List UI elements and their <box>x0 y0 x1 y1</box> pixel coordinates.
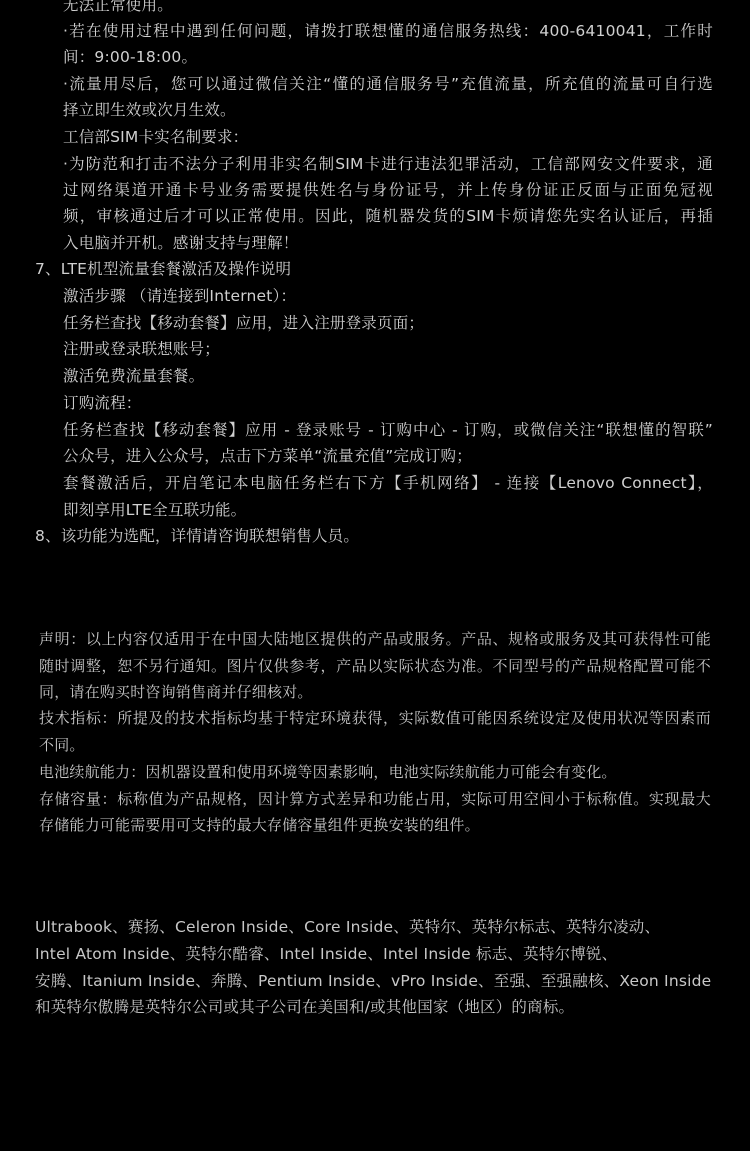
storage-line: 存储能力可能需要用可支持的最大存储容量组件更换安装的组件。 <box>39 812 480 839</box>
note-line: 过网络渠道开通卡号业务需要提供姓名与身份证号，并上传身份证正反面与正面免冠视 <box>63 177 713 204</box>
trademark-line: Ultrabook、赛扬、Celeron Inside、Core Inside、… <box>35 914 660 941</box>
item-7-line: 注册或登录联想账号； <box>63 336 220 363</box>
trademark-line: 和英特尔傲腾是英特尔公司或其子公司在美国和/或其他国家（地区）的商标。 <box>35 994 574 1021</box>
trademark-line: Intel Atom Inside、英特尔酷睿、Intel Inside、Int… <box>35 941 617 968</box>
item-7-line: 套餐激活后，开启笔记本电脑任务栏右下方【手机网络】 - 连接【Lenovo Co… <box>63 470 713 497</box>
item-7-line: 激活步骤 （请连接到Internet）： <box>63 283 296 310</box>
item-8-heading: 8、该功能为选配，详情请咨询联想销售人员。 <box>35 523 359 550</box>
note-line: 择立即生效或次月生效。 <box>63 97 236 124</box>
disclaimer-line: 声明：以上内容仅适用于在中国大陆地区提供的产品或服务。产品、规格或服务及其可获得… <box>39 626 711 653</box>
note-line: ·流量用尽后，您可以通过微信关注“懂的通信服务号”充值流量，所充值的流量可自行选 <box>63 71 713 98</box>
item-7-heading: 7、LTE机型流量套餐激活及操作说明 <box>35 256 291 283</box>
item-7-line: 任务栏查找【移动套餐】应用 - 登录账号 - 订购中心 - 订购，或微信关注“联… <box>63 417 713 444</box>
item-7-line: 公众号，进入公众号，点击下方菜单“流量充值”完成订购； <box>63 443 472 470</box>
note-line: 间：9:00-18:00。 <box>63 44 197 71</box>
note-line: 无法正常使用。 <box>63 0 173 19</box>
disclaimer-line: 随时调整，恕不另行通知。图片仅供参考，产品以实际状态为准。不同型号的产品规格配置… <box>39 653 711 680</box>
trademark-line: 安腾、Itanium Inside、奔腾、Pentium Inside、vPro… <box>35 968 711 995</box>
sim-requirement-title: 工信部SIM卡实名制要求： <box>63 124 248 151</box>
item-7-line: 即刻享用LTE全互联功能。 <box>63 497 246 524</box>
note-line: ·为防范和打击不法分子利用非实名制SIM卡进行违法犯罪活动，工信部网安文件要求，… <box>63 151 713 178</box>
note-line: 入电脑并开机。感谢支持与理解！ <box>63 230 299 257</box>
storage-line: 存储容量：标称值为产品规格，因计算方式差异和功能占用，实际可用空间小于标称值。实… <box>39 786 711 813</box>
battery-line: 电池续航能力：因机器设置和使用环境等因素影响，电池实际续航能力可能会有变化。 <box>39 759 617 786</box>
note-line: 频，审核通过后才可以正常使用。因此，随机器发货的SIM卡烦请您先实名认证后，再插 <box>63 203 713 230</box>
order-process-title: 订购流程： <box>63 390 142 417</box>
tech-spec-line: 不同。 <box>39 732 85 759</box>
item-7-line: 激活免费流量套餐。 <box>63 363 204 390</box>
item-7-line: 任务栏查找【移动套餐】应用，进入注册登录页面； <box>63 310 424 337</box>
note-hotline-line: ·若在使用过程中遇到任何问题，请拨打联想懂的通信服务热线：400-6410041… <box>63 18 713 45</box>
tech-spec-line: 技术指标：所提及的技术指标均基于特定环境获得，实际数值可能因系统设定及使用状况等… <box>39 705 711 732</box>
disclaimer-line: 同，请在购买时咨询销售商并仔细核对。 <box>39 679 313 706</box>
